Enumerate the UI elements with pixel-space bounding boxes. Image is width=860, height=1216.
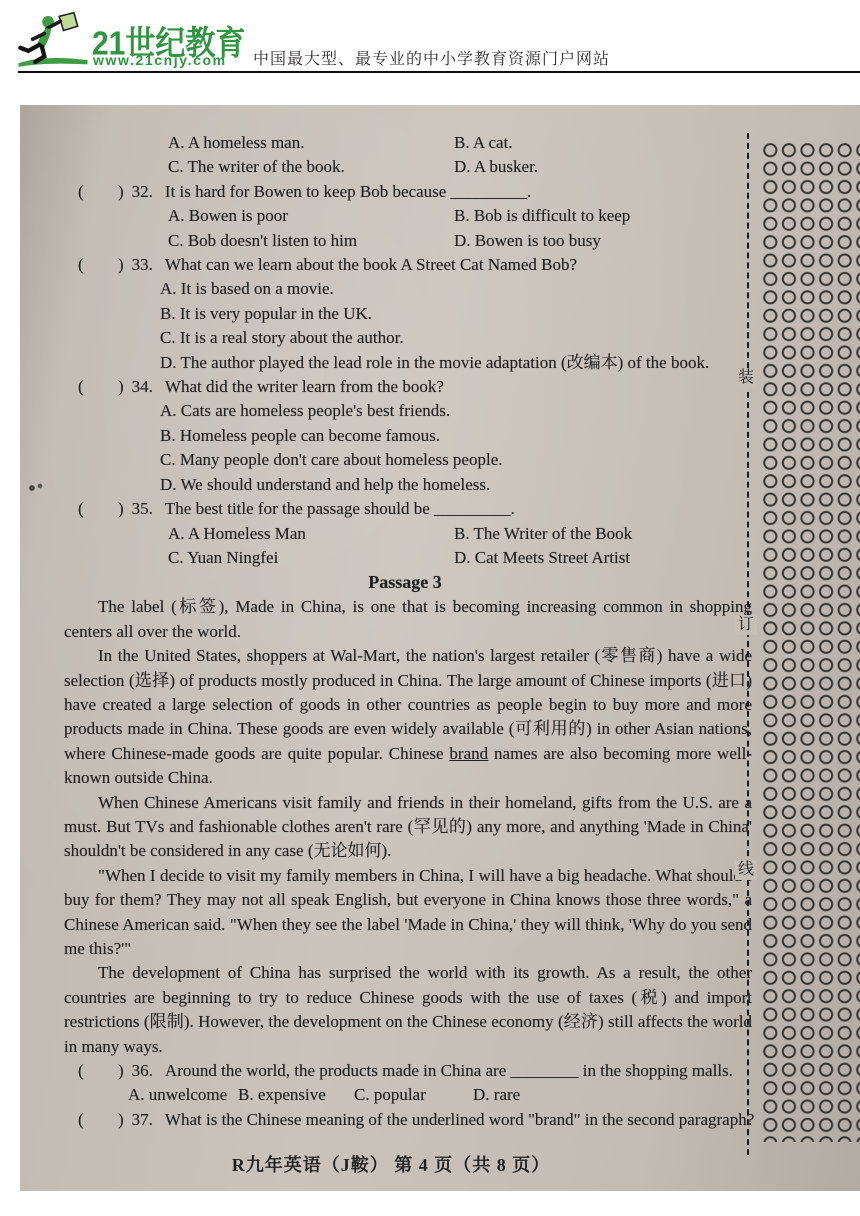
question-34-option-b: B. Homeless people can become famous. [58,424,752,448]
option-b: B. The Writer of the Book [454,522,752,546]
question-36-options-row: A. unwelcome B. expensive C. popular D. … [58,1083,752,1107]
question-number: 35. [132,499,153,518]
binding-char-ding: 订 [735,615,757,635]
option-c: C. The writer of the book. [168,155,454,179]
question-32: ()32.It is hard for Bowen to keep Bob be… [58,180,752,204]
option-a: A. unwelcome [128,1083,238,1107]
question-text: The best title for the passage should be… [165,499,515,518]
underlined-word-brand: brand [449,744,488,763]
option-d: D. rare [473,1083,752,1107]
passage-paragraph-3: When Chinese Americans visit family and … [64,791,752,864]
option-c: C. Bob doesn't listen to him [168,229,454,253]
question-text: It is hard for Bowen to keep Bob because… [165,182,531,201]
header-divider [18,71,860,73]
passage-paragraph-1: The label (标签), Made in China, is one th… [64,595,752,644]
question-33: ()33.What can we learn about the book A … [58,253,752,277]
question-36: ()36.Around the world, the products made… [58,1059,752,1083]
site-logo[interactable]: 21世纪教育 www.21cnjy.com [16,10,246,72]
question-number: 34. [132,377,153,396]
question-text: Around the world, the products made in C… [165,1061,733,1080]
question-number: 33. [132,255,153,274]
answer-paren-close: ) [118,499,124,518]
passage-paragraph-2: In the United States, shoppers at Wal-Ma… [64,644,752,790]
answer-paren-open: ( [78,497,118,521]
answer-paren-close: ) [118,377,124,396]
question-37: ()37.What is the Chinese meaning of the … [58,1108,752,1132]
option-a: A. Bowen is poor [168,204,454,228]
passage-paragraph-5: The development of China has surprised t… [64,961,752,1059]
option-c: C. Yuan Ningfei [168,546,454,570]
answer-paren-open: ( [78,253,118,277]
question-34-option-d: D. We should understand and help the hom… [58,473,752,497]
question-number: 37. [132,1110,153,1129]
passage-paragraph-4: "When I decide to visit my family member… [64,864,752,962]
question-34: ()34.What did the writer learn from the … [58,375,752,399]
question-32-options-row-1: A. Bowen is poor B. Bob is difficult to … [58,204,752,228]
option-b: B. expensive [238,1083,354,1107]
question-33-option-b: B. It is very popular in the UK. [58,302,752,326]
question-text: What did the writer learn from the book? [165,377,444,396]
binding-char-xian: 线 [735,860,757,880]
site-tagline: 中国最大型、最专业的中小学教育资源门户网站 [253,46,610,69]
question-31-options-row-1: A. A homeless man. B. A cat. [58,131,752,155]
option-d: D. Cat Meets Street Artist [454,546,752,570]
question-number: 36. [132,1061,153,1080]
answer-paren-open: ( [78,375,118,399]
option-c: C. popular [354,1083,473,1107]
answer-paren-open: ( [78,1108,118,1132]
question-number: 32. [132,182,153,201]
question-35-options-row-1: A. A Homeless Man B. The Writer of the B… [58,522,752,546]
question-32-options-row-2: C. Bob doesn't listen to him D. Bowen is… [58,229,752,253]
runner-icon [16,10,90,72]
binding-dashed-line [747,133,749,1155]
site-header: 21世纪教育 www.21cnjy.com 中国最大型、最专业的中小学教育资源门… [0,0,860,105]
option-b: B. Bob is difficult to keep [454,204,752,228]
brand-url: www.21cnjy.com [93,52,227,68]
page-footer: R九年英语（J鞍） 第 4 页（共 8 页） [20,1151,762,1177]
option-a: A. A homeless man. [168,131,454,155]
question-33-option-c: C. It is a real story about the author. [58,326,752,350]
question-text: What is the Chinese meaning of the under… [165,1110,754,1129]
question-34-option-c: C. Many people don't care about homeless… [58,448,752,472]
question-text: What can we learn about the book A Stree… [165,255,577,274]
exam-content: A. A homeless man. B. A cat. C. The writ… [58,131,752,1132]
question-31-options-row-2: C. The writer of the book. D. A busker. [58,155,752,179]
question-33-option-d: D. The author played the lead role in th… [58,351,752,375]
question-35: ()35.The best title for the passage shou… [58,497,752,521]
option-d: D. A busker. [454,155,752,179]
question-33-option-a: A. It is based on a movie. [58,277,752,301]
question-34-option-a: A. Cats are homeless people's best frien… [58,399,752,423]
punch-hole-grid [761,141,860,1142]
answer-paren-close: ) [118,1110,124,1129]
binding-char-zhuang: 装 [735,368,757,388]
answer-paren-open: ( [78,180,118,204]
scanned-exam-page: A. A homeless man. B. A cat. C. The writ… [20,105,860,1191]
option-b: B. A cat. [454,131,752,155]
passage-title: Passage 3 [58,570,752,595]
question-35-options-row-2: C. Yuan Ningfei D. Cat Meets Street Arti… [58,546,752,570]
answer-paren-close: ) [118,1061,124,1080]
option-d: D. Bowen is too busy [454,229,752,253]
ink-smudge [28,483,44,492]
answer-paren-open: ( [78,1059,118,1083]
answer-paren-close: ) [118,182,124,201]
option-a: A. A Homeless Man [168,522,454,546]
answer-paren-close: ) [118,255,124,274]
